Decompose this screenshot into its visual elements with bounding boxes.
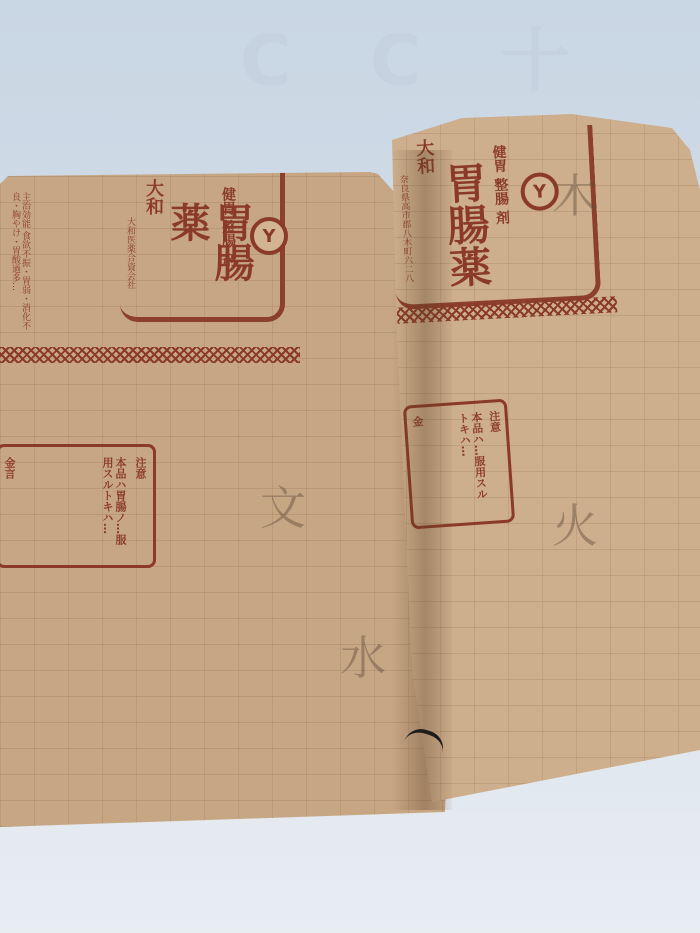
notice-body: 本品ハ胃腸ノ…服用スルトキハ… [101,457,127,547]
notice-label: 金言 [3,457,16,479]
left-page: Y 健胃 整腸 剤 胃腸薬 大和 大和医薬合資会社 主治効能 食欲不振・胃弱・消… [0,172,450,827]
hatch-band [0,347,300,363]
ad-efficacy-text: 主治効能 食欲不振・胃弱・消化不良・胸やけ・胃酸過多… [10,192,30,342]
handwritten-char: 木 [552,160,598,226]
notice-body: 本品ハ…服用スルトキハ… [456,411,488,503]
background-marking: C [370,20,421,102]
notice-heading: 注意 [134,457,147,479]
medicine-ad: Y 健胃 整腸 剤 胃腸薬 大和 大和医薬合資会社 [120,167,285,322]
ad-tagline: 健胃 整腸 剤 [488,144,512,225]
handwritten-char: 火 [552,490,598,556]
ad-brand: 大和 [140,179,166,215]
book-spine-shadow [392,150,452,810]
notice-box: 注意 本品ハ胃腸ノ…服用スルトキハ… 金言 [0,444,156,568]
handwritten-char: 水 [340,622,386,688]
company-logo-icon: Y [250,217,288,255]
background-marking: 十 [500,5,570,106]
handwritten-char: 文 [260,472,306,538]
background-marking: C [240,20,291,102]
ad-product: 胃腸薬 [165,202,253,317]
notice-heading: 注意 [487,410,502,433]
ad-company: 大和医薬合資会社 [125,217,135,289]
